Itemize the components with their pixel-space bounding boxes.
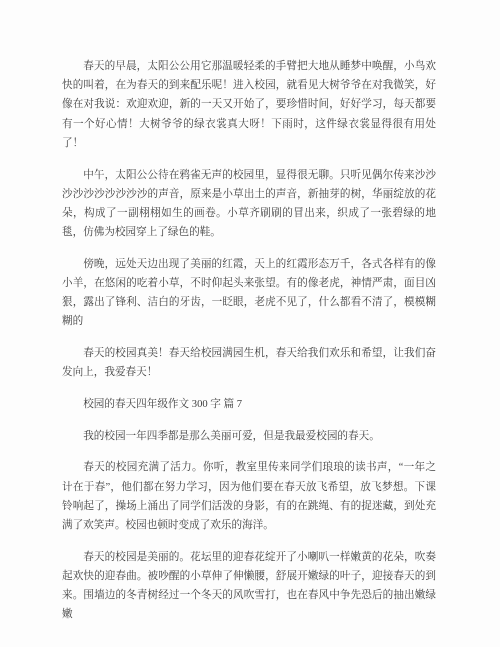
essay-paragraph-intro-7: 我的校园一年四季都是那么美丽可爱，但是我最爱校园的春天。 xyxy=(62,427,436,446)
essay-paragraph-noon: 中午，太阳公公待在鸦雀无声的校园里，显得很无聊。只听见偶尔传来沙沙沙沙沙沙沙沙沙… xyxy=(62,166,436,243)
section-heading: 校园的春天四年级作文 300 字 篇 7 xyxy=(62,395,436,414)
essay-paragraph-vitality: 春天的校园充满了活力。你听，教室里传来同学们琅琅的读书声，“一年之计在于春”，他… xyxy=(62,458,436,535)
essay-paragraph-conclusion: 春天的校园真美！春天给校园满园生机，春天给我们欢乐和希望，让我们奋发向上，我爱春… xyxy=(62,344,436,382)
essay-paragraph-morning: 春天的早晨，太阳公公用它那温暖轻柔的手臂把大地从睡梦中唤醒，小鸟欢快的叫着，在为… xyxy=(62,57,436,153)
essay-page: 春天的早晨，太阳公公用它那温暖轻柔的手臂把大地从睡梦中唤醒，小鸟欢快的叫着，在为… xyxy=(0,0,500,647)
document-page: { "page": { "background_color": "#fdfdfd… xyxy=(0,0,500,647)
essay-paragraph-beauty: 春天的校园是美丽的。花坛里的迎春花绽开了小喇叭一样嫩黄的花朵，吹奏起欢快的迎春曲… xyxy=(62,548,436,625)
essay-paragraph-evening: 傍晚，远处天边出现了美丽的红霞，天上的红霞形态万千，各式各样有的像小羊，在悠闲的… xyxy=(62,255,436,332)
